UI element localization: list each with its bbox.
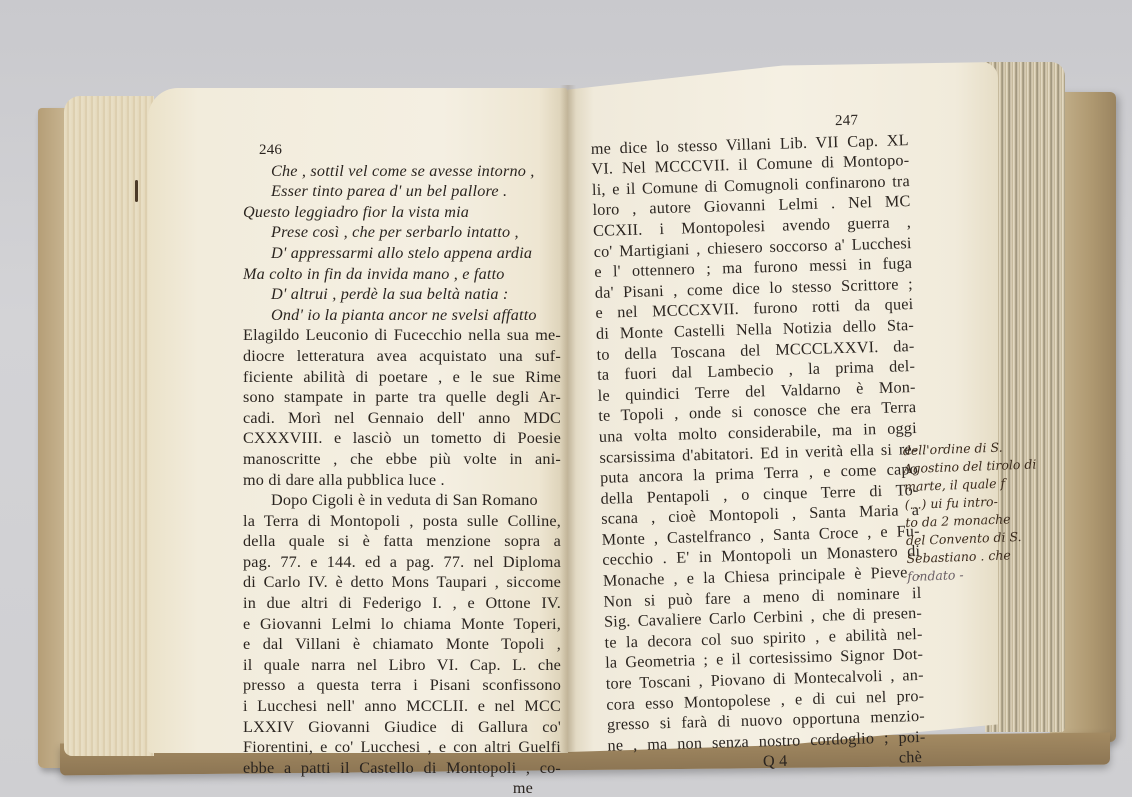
verse-line: Questo leggiadro fior la vista mia bbox=[243, 202, 561, 223]
catchword-left: me bbox=[243, 778, 561, 797]
body-line: e dal Villani è chiamato Monte Topoli , bbox=[243, 634, 561, 655]
body-line: mo di dare alla pubblica luce . bbox=[243, 470, 561, 491]
verse-line: Prese così , che per serbarlo intatto , bbox=[243, 222, 561, 243]
body-line: CXXXVIII. e lasciò un tometto di Poesie bbox=[243, 428, 561, 449]
verse-line: Ond' io la pianta ancor ne svelsi affatt… bbox=[243, 305, 561, 326]
verse-line: D' appressarmi allo stelo appena ardia bbox=[243, 243, 561, 264]
body-line: manoscritte , che ebbe più volte in ani- bbox=[243, 449, 561, 470]
page-edges-left bbox=[64, 96, 154, 756]
body-line: Dopo Cigoli è in veduta di San Romano bbox=[243, 490, 561, 511]
body-line: presso a questa terra i Pisani sconfisso… bbox=[243, 675, 561, 696]
signature-mark: Q 4 bbox=[763, 751, 788, 772]
body-line: cadi. Morì nel Gennaio dell' anno MDC bbox=[243, 408, 561, 429]
right-page-text: 247 me dice lo stesso Villani Lib. VII C… bbox=[590, 109, 926, 777]
page-number-left: 246 bbox=[243, 140, 561, 161]
body-line: LXXIV Giovanni Giudice di Gallura co' bbox=[243, 717, 561, 738]
body-line: pag. 77. e 144. ed a pag. 77. nel Diplom… bbox=[243, 552, 561, 573]
verse-line: D' altrui , perdè la sua beltà natia : bbox=[243, 284, 561, 305]
body-line: i Lucchesi nell' anno MCCLII. e nel MCC bbox=[243, 696, 561, 717]
body-line: la Terra di Montopoli , posta sulle Coll… bbox=[243, 511, 561, 532]
verse-line: Ma colto in fin da invida mano , e fatto bbox=[243, 264, 561, 285]
catchword-right: chè bbox=[899, 747, 923, 768]
body-line: di Carlo IV. è detto Mons Taupari , sicc… bbox=[243, 572, 561, 593]
body-line: e Giovanni Lelmi lo chiama Monte Toperi, bbox=[243, 614, 561, 635]
body-line: in due altri di Federigo I. , e Ottone I… bbox=[243, 593, 561, 614]
bookmark-mark bbox=[135, 180, 138, 202]
body-line: ebbe a patti il Castello di Montopoli , … bbox=[243, 758, 561, 779]
body-line: della quale si è fatta menzione sopra a bbox=[243, 531, 561, 552]
verse-line: Esser tinto parea d' un bel pallore . bbox=[243, 181, 561, 202]
body-line: il quale narra nel Libro VI. Cap. L. che bbox=[243, 655, 561, 676]
verse-line: Che , sottil vel come se avesse intorno … bbox=[243, 161, 561, 182]
body-line: ficiente abilità di poetare , e le sue R… bbox=[243, 367, 561, 388]
body-line: Elagildo Leuconio di Fucecchio nella sua… bbox=[243, 325, 561, 346]
book-gutter bbox=[560, 85, 576, 753]
body-line: sono stampate in parte tra quelle degli … bbox=[243, 387, 561, 408]
body-line: Fiorentini, e co' Lucchesi , e con altri… bbox=[243, 737, 561, 758]
left-page-text: 246 Che , sottil vel come se avesse into… bbox=[243, 140, 561, 797]
body-line: diocre letteratura avea acquistato una s… bbox=[243, 346, 561, 367]
handwritten-margin-note: dell'ordine di S. Agostino del tirolo di… bbox=[903, 438, 1026, 586]
